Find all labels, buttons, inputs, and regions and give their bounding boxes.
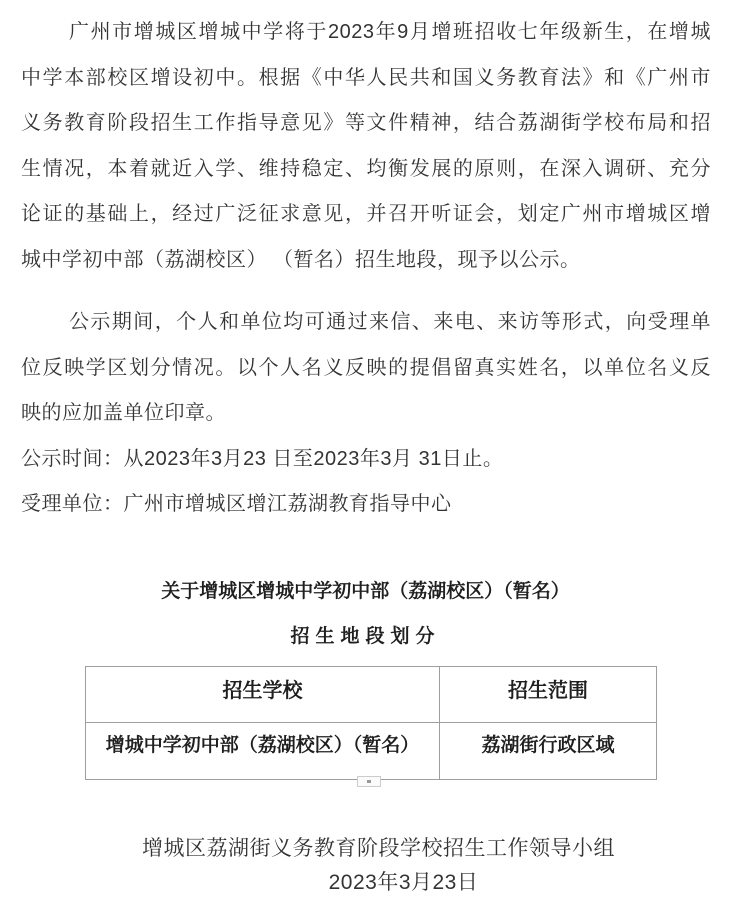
notice-body: 广州市增城区增城中学将于2023年9月增班招收七年级新生，在增城 中学本部校区增… [0,0,731,528]
paragraph-1: 广州市增城区增城中学将于2023年9月增班招收七年级新生，在增城 中学本部校区增… [21,10,711,283]
signature-line: 增城区荔湖街义务教育阶段学校招生工作领导小组 [13,832,731,866]
table-cell-range: 荔湖街行政区域 [440,722,657,779]
table-title-line2: 招生地段划分 [0,623,731,650]
paragraph-line: 生情况，本着就近入学、维持稳定、均衡发展的原则，在深入调研、充分 [21,147,711,193]
accepting-unit-line: 受理单位：广州市增城区增江荔湖教育指导中心 [21,482,711,528]
table-handle[interactable] [357,776,381,787]
table-row: 增城中学初中部（荔湖校区）（暂名） 荔湖街行政区域 [86,722,657,779]
table-header-cell-school: 招生学校 [86,666,440,722]
paragraph-line: 论证的基础上，经过广泛征求意见，并召开听证会，划定广州市增城区增 [21,192,711,238]
paragraph-line: 公示期间，个人和单位均可通过来信、来电、来访等形式，向受理单 [21,300,711,346]
public-notice-document: 广州市增城区增城中学将于2023年9月增班招收七年级新生，在增城 中学本部校区增… [0,0,731,905]
enrollment-zone-table: 招生学校 招生范围 增城中学初中部（荔湖校区）（暂名） 荔湖街行政区域 [85,666,657,780]
date-line: 2023年3月23日 [38,866,731,900]
paragraph-line: 广州市增城区增城中学将于2023年9月增班招收七年级新生，在增城 [21,10,711,56]
notice-period-line: 公示时间：从2023年3月23 日至2023年3月 31日止。 [21,437,711,483]
paragraph-line: 中学本部校区增设初中。根据《中华人民共和国义务教育法》和《广州市 [21,56,711,102]
table-handle-dot [367,780,371,783]
paragraph-line: 位反映学区划分情况。以个人名义反映的提倡留真实姓名，以单位名义反 [21,346,711,392]
paragraph-line: 城中学初中部（荔湖校区） （暂名）招生地段，现予以公示。 [21,238,711,284]
table-header-cell-range: 招生范围 [440,666,657,722]
table-cell-school: 增城中学初中部（荔湖校区）（暂名） [86,722,440,779]
paragraph-line: 义务教育阶段招生工作指导意见》等文件精神，结合荔湖街学校布局和招 [21,101,711,147]
table-header-row: 招生学校 招生范围 [86,666,657,722]
signature-block: 增城区荔湖街义务教育阶段学校招生工作领导小组 2023年3月23日 [0,832,731,900]
paragraph-2: 公示期间，个人和单位均可通过来信、来电、来访等形式，向受理单 位反映学区划分情况… [21,300,711,437]
table-title-line1: 关于增城区增城中学初中部（荔湖校区）（暂名） [0,578,731,605]
paragraph-line: 映的应加盖单位印章。 [21,391,711,437]
